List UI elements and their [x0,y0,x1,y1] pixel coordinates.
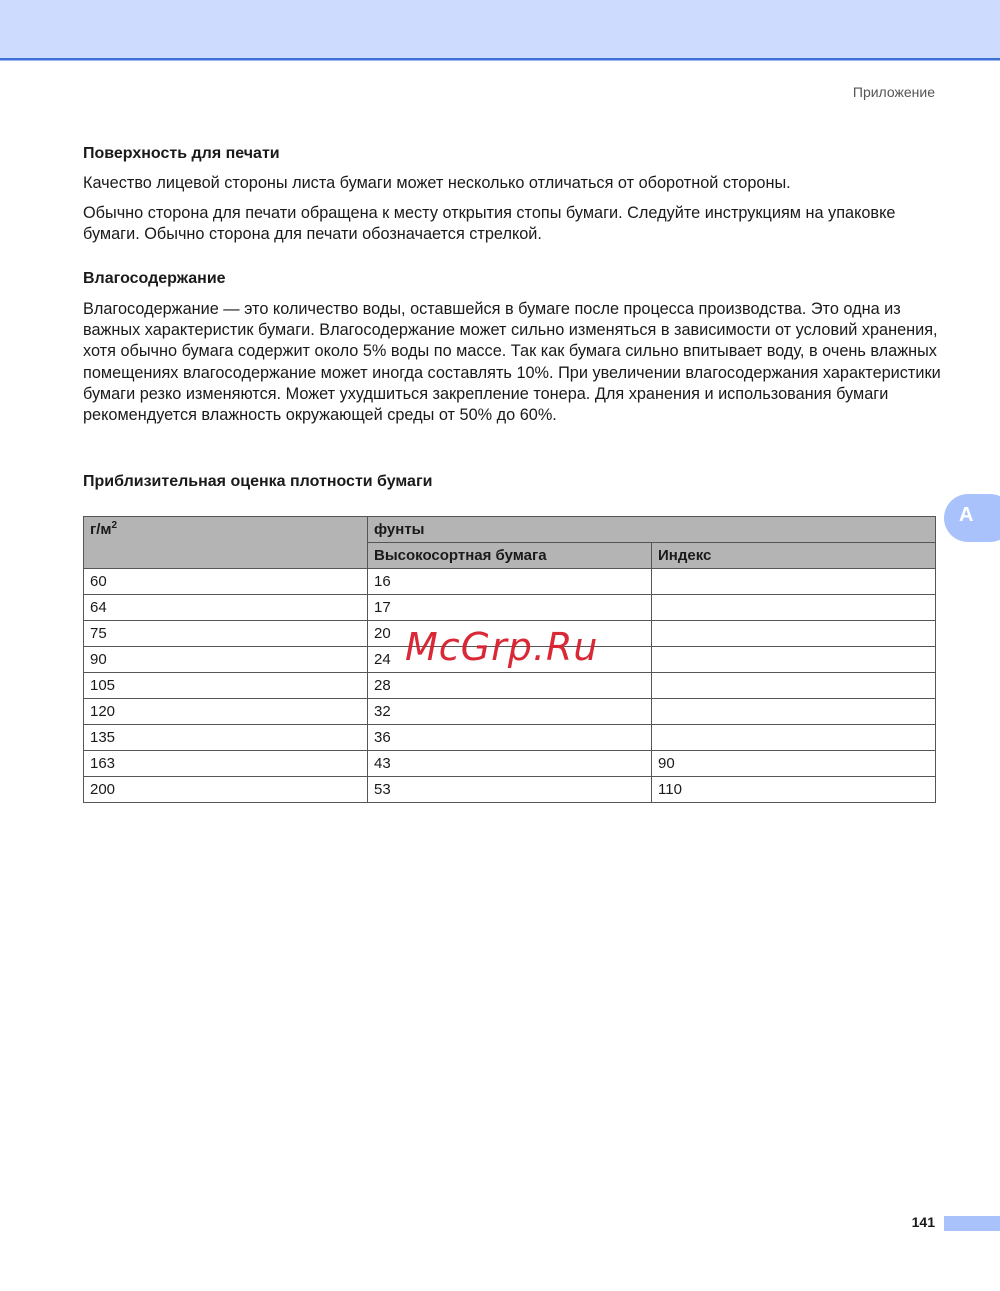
paragraph: Обычно сторона для печати обращена к мес… [83,203,943,245]
cell-bond: 17 [368,595,652,621]
header-band [0,0,1000,58]
cell-gsm: 200 [84,777,368,803]
cell-index [652,621,936,647]
cell-index [652,725,936,751]
header-index: Индекс [652,543,936,569]
cell-bond: 16 [368,569,652,595]
cell-bond: 36 [368,725,652,751]
table-row: 20053110 [84,777,936,803]
appendix-tab-label: A [959,504,973,527]
cell-bond: 28 [368,673,652,699]
cell-index [652,595,936,621]
header-bond: Высокосортная бумага [368,543,652,569]
cell-gsm: 135 [84,725,368,751]
cell-gsm: 120 [84,699,368,725]
table-row: 6016 [84,569,936,595]
watermark: McGrp.Ru [405,625,598,669]
cell-gsm: 163 [84,751,368,777]
table-row: 10528 [84,673,936,699]
section-title-density: Приблизительная оценка плотности бумаги [83,473,432,491]
section-title-moisture: Влагосодержание [83,270,226,288]
table-row: 13536 [84,725,936,751]
cell-gsm: 60 [84,569,368,595]
appendix-tab-marker: A [944,494,1000,542]
page-number-band [944,1216,1000,1231]
cell-bond: 43 [368,751,652,777]
cell-gsm: 90 [84,647,368,673]
cell-index: 90 [652,751,936,777]
paragraph: Влагосодержание — это количество воды, о… [83,299,943,426]
cell-index [652,569,936,595]
table-row: 1634390 [84,751,936,777]
table-row: 12032 [84,699,936,725]
page-number: 141 [912,1214,935,1230]
header-rule-light [0,60,1000,61]
cell-gsm: 64 [84,595,368,621]
header-pounds: фунты [368,517,936,543]
cell-index [652,699,936,725]
cell-index [652,647,936,673]
paragraph: Качество лицевой стороны листа бумаги мо… [83,173,943,194]
cell-index [652,673,936,699]
running-header: Приложение [853,84,935,100]
header-gsm: г/м2 [84,517,368,569]
table-row: 6417 [84,595,936,621]
cell-gsm: 105 [84,673,368,699]
cell-bond: 32 [368,699,652,725]
section-title-print-surface: Поверхность для печати [83,145,280,163]
cell-gsm: 75 [84,621,368,647]
cell-bond: 53 [368,777,652,803]
cell-index: 110 [652,777,936,803]
